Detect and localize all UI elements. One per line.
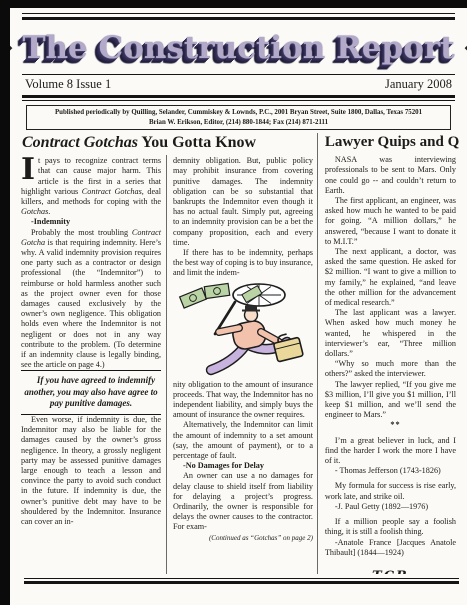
headline-rest-part: You Gotta Know [138, 134, 256, 151]
paragraph: The last applicant was a lawyer. When as… [325, 308, 456, 359]
subhead-no-damages: -No Damages for Delay [173, 461, 313, 471]
paragraph: It pays to recognize contract terms that… [21, 156, 161, 217]
article-headline: Contract Gotchas You Gotta Know [18, 133, 317, 155]
paragraph: Even worse, if indemnity is due, the Ind… [21, 415, 161, 527]
paragraph: If there has to be indemnity, perhaps th… [173, 248, 313, 279]
body-text: . [48, 207, 50, 216]
quote-attribution: -Anatole France [Jacques Anatole Thibaul… [325, 538, 456, 558]
article-column-1: It pays to recognize contract terms that… [18, 155, 166, 574]
footer-rule-thick [24, 581, 459, 584]
briefcase-icon [272, 331, 303, 362]
footer-rule-thin [24, 578, 459, 579]
money-bills-icon [180, 283, 230, 308]
masthead-top-rule-thick [22, 17, 455, 20]
quote: I’m a great believer in luck, and I find… [325, 436, 456, 467]
paragraph: The next applicant, a doctor, was asked … [325, 247, 456, 308]
newsletter-title: The Construction Report [22, 30, 454, 66]
paragraph: Probably the most troubling Contract Got… [21, 228, 161, 371]
section-separator: ** [325, 420, 456, 430]
publisher-line-2: Brian W. Erikson, Editor, (214) 880-1844… [31, 118, 446, 128]
body-text: Gotchas [21, 207, 48, 216]
pull-quote: If you have agreed to indemnify another,… [21, 370, 161, 415]
quote-attribution: -J. Paul Getty (1892—1976) [325, 502, 456, 512]
issue-date: January 2008 [385, 77, 452, 92]
paragraph: An owner can use a no damages for delay … [173, 471, 313, 532]
paragraph: demnity obligation. But, public policy m… [173, 156, 313, 248]
body-text: Probably the most troubling [31, 228, 132, 237]
headline-italic-part: Contract Gotchas [22, 134, 138, 151]
newsletter-signoff: TCR [325, 572, 456, 574]
paragraph: The lawyer replied, “If you give me $3 m… [325, 380, 456, 421]
body-text: Contract Gotchas [82, 187, 142, 196]
volume-issue: Volume 8 Issue 1 [25, 77, 111, 92]
drop-cap: I [21, 156, 38, 182]
main-article: Contract Gotchas You Gotta Know It pays … [18, 133, 317, 574]
masthead-bottom-rule-thick [22, 95, 455, 98]
running-man-icon [211, 305, 287, 370]
issue-line: Volume 8 Issue 1 January 2008 [22, 74, 455, 95]
quips-headline: Lawyer Quips and Quotes [325, 134, 456, 151]
diamond-icon: ◆ [10, 41, 12, 56]
publisher-box: Published periodically by Quilling, Sela… [26, 105, 451, 130]
body-text: is that requiring indemnity. Here’s why.… [21, 238, 161, 369]
quote: If a million people say a foolish thing,… [325, 517, 456, 537]
quote: My formula for success is rise early, wo… [325, 481, 456, 501]
paragraph: The first applicant, an engineer, was as… [325, 196, 456, 247]
newsletter-page: ◆ The Construction Report ◆ Volume 8 Iss… [10, 8, 467, 605]
page-body: Contract Gotchas You Gotta Know It pays … [18, 133, 459, 574]
subhead-indemnity: -Indemnity [21, 217, 161, 227]
paragraph: nity obligation to the amount of insuran… [173, 380, 313, 421]
masthead: ◆ The Construction Report ◆ [10, 22, 467, 74]
masthead-bottom-rule-thin [22, 100, 455, 101]
article-column-2: demnity obligation. But, public policy m… [167, 155, 317, 574]
masthead-top-rule-thin [22, 13, 455, 14]
paragraph: NASA was interviewing professionals to b… [325, 155, 456, 196]
publisher-line-1: Published periodically by Quilling, Sela… [31, 108, 446, 118]
quote-attribution: - Thomas Jefferson (1743-1826) [325, 466, 456, 476]
quips-column: Lawyer Quips and Quotes NASA was intervi… [318, 133, 459, 574]
continued-notice: (Continued as “Gotchas” on page 2) [173, 533, 313, 543]
paragraph: Alternatively, the Indemnitor can limit … [173, 420, 313, 461]
money-chase-cartoon [177, 282, 309, 378]
scanned-newsletter: ◆ The Construction Report ◆ Volume 8 Iss… [0, 0, 467, 605]
paragraph: “Why so much more than the others?” aske… [325, 359, 456, 379]
